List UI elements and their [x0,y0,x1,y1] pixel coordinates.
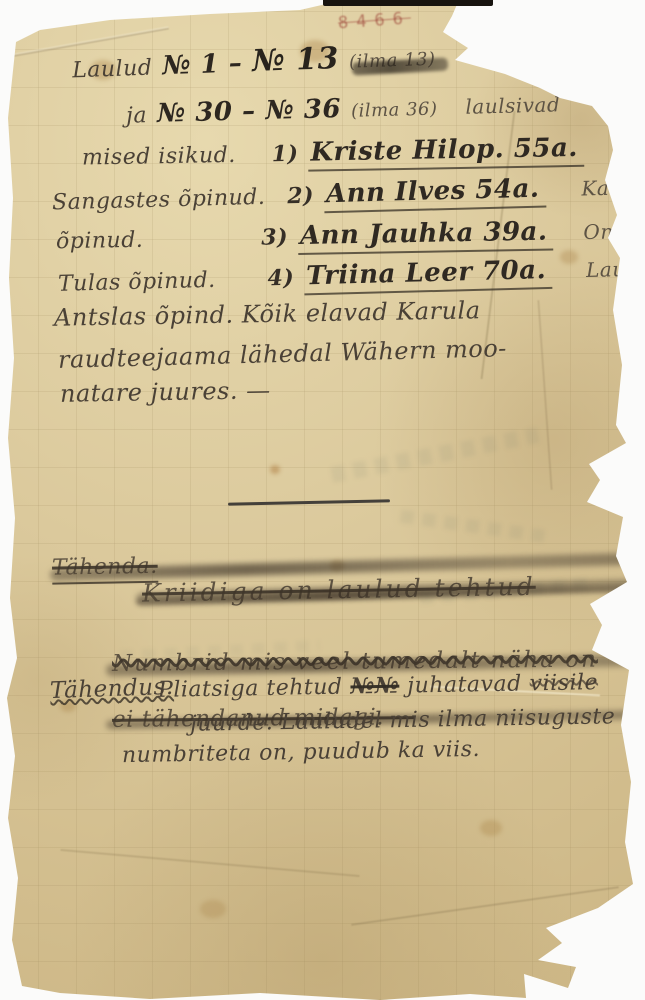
singer-number: 1) [272,141,299,167]
singer-after-text: On laulud [616,134,645,160]
carry-text: õpinud. [56,228,144,255]
struck-number-signs: №№ [350,673,399,700]
singer-name-age: Kriste Hilop. 55a. [308,133,584,172]
singer-after-text: Ka Sangas [581,174,645,201]
singer-name-age: Ann Ilves 54a. [324,173,546,213]
singer-number: 3) [261,224,288,250]
scanner-edge-strip [323,0,493,6]
singer-name-age: Triina Leer 70a. [304,255,553,295]
word-ja: ja [126,103,148,129]
age-spot [200,900,226,918]
number-range-start: № 1 – [162,48,243,81]
carry-text: Tulas õpinud. [58,268,216,297]
age-spot [270,465,280,474]
singer-number: 4) [267,265,294,292]
carry-text: mised isikud. [82,143,236,171]
word-laulsivad: laulsivad [465,92,560,118]
age-spot [480,820,502,836]
body-line: natare juures. — [60,376,271,408]
carry-text: Sangastes õpinud. [52,185,266,216]
singer-name-age: Ann Jauhka 39a. [298,217,554,255]
paren-note: (ilma 36) [351,99,438,122]
struck-word: viisile [529,670,598,696]
word-laulud: Laulud [72,56,153,84]
note-label: Tähendus. [50,674,174,704]
number-range-end: № 13 [252,41,340,79]
singer-after-text: Laulud [586,256,645,282]
number-range-start: № 30 – [157,96,256,129]
number-range-end: № 36 [265,94,341,126]
singer-number: 2) [287,183,314,210]
manuscript-paper: 8466 Laulud № 1 – № 13 (ilma 13) ja № 30… [0,0,645,1000]
singer-after-text: On he- [583,219,645,244]
